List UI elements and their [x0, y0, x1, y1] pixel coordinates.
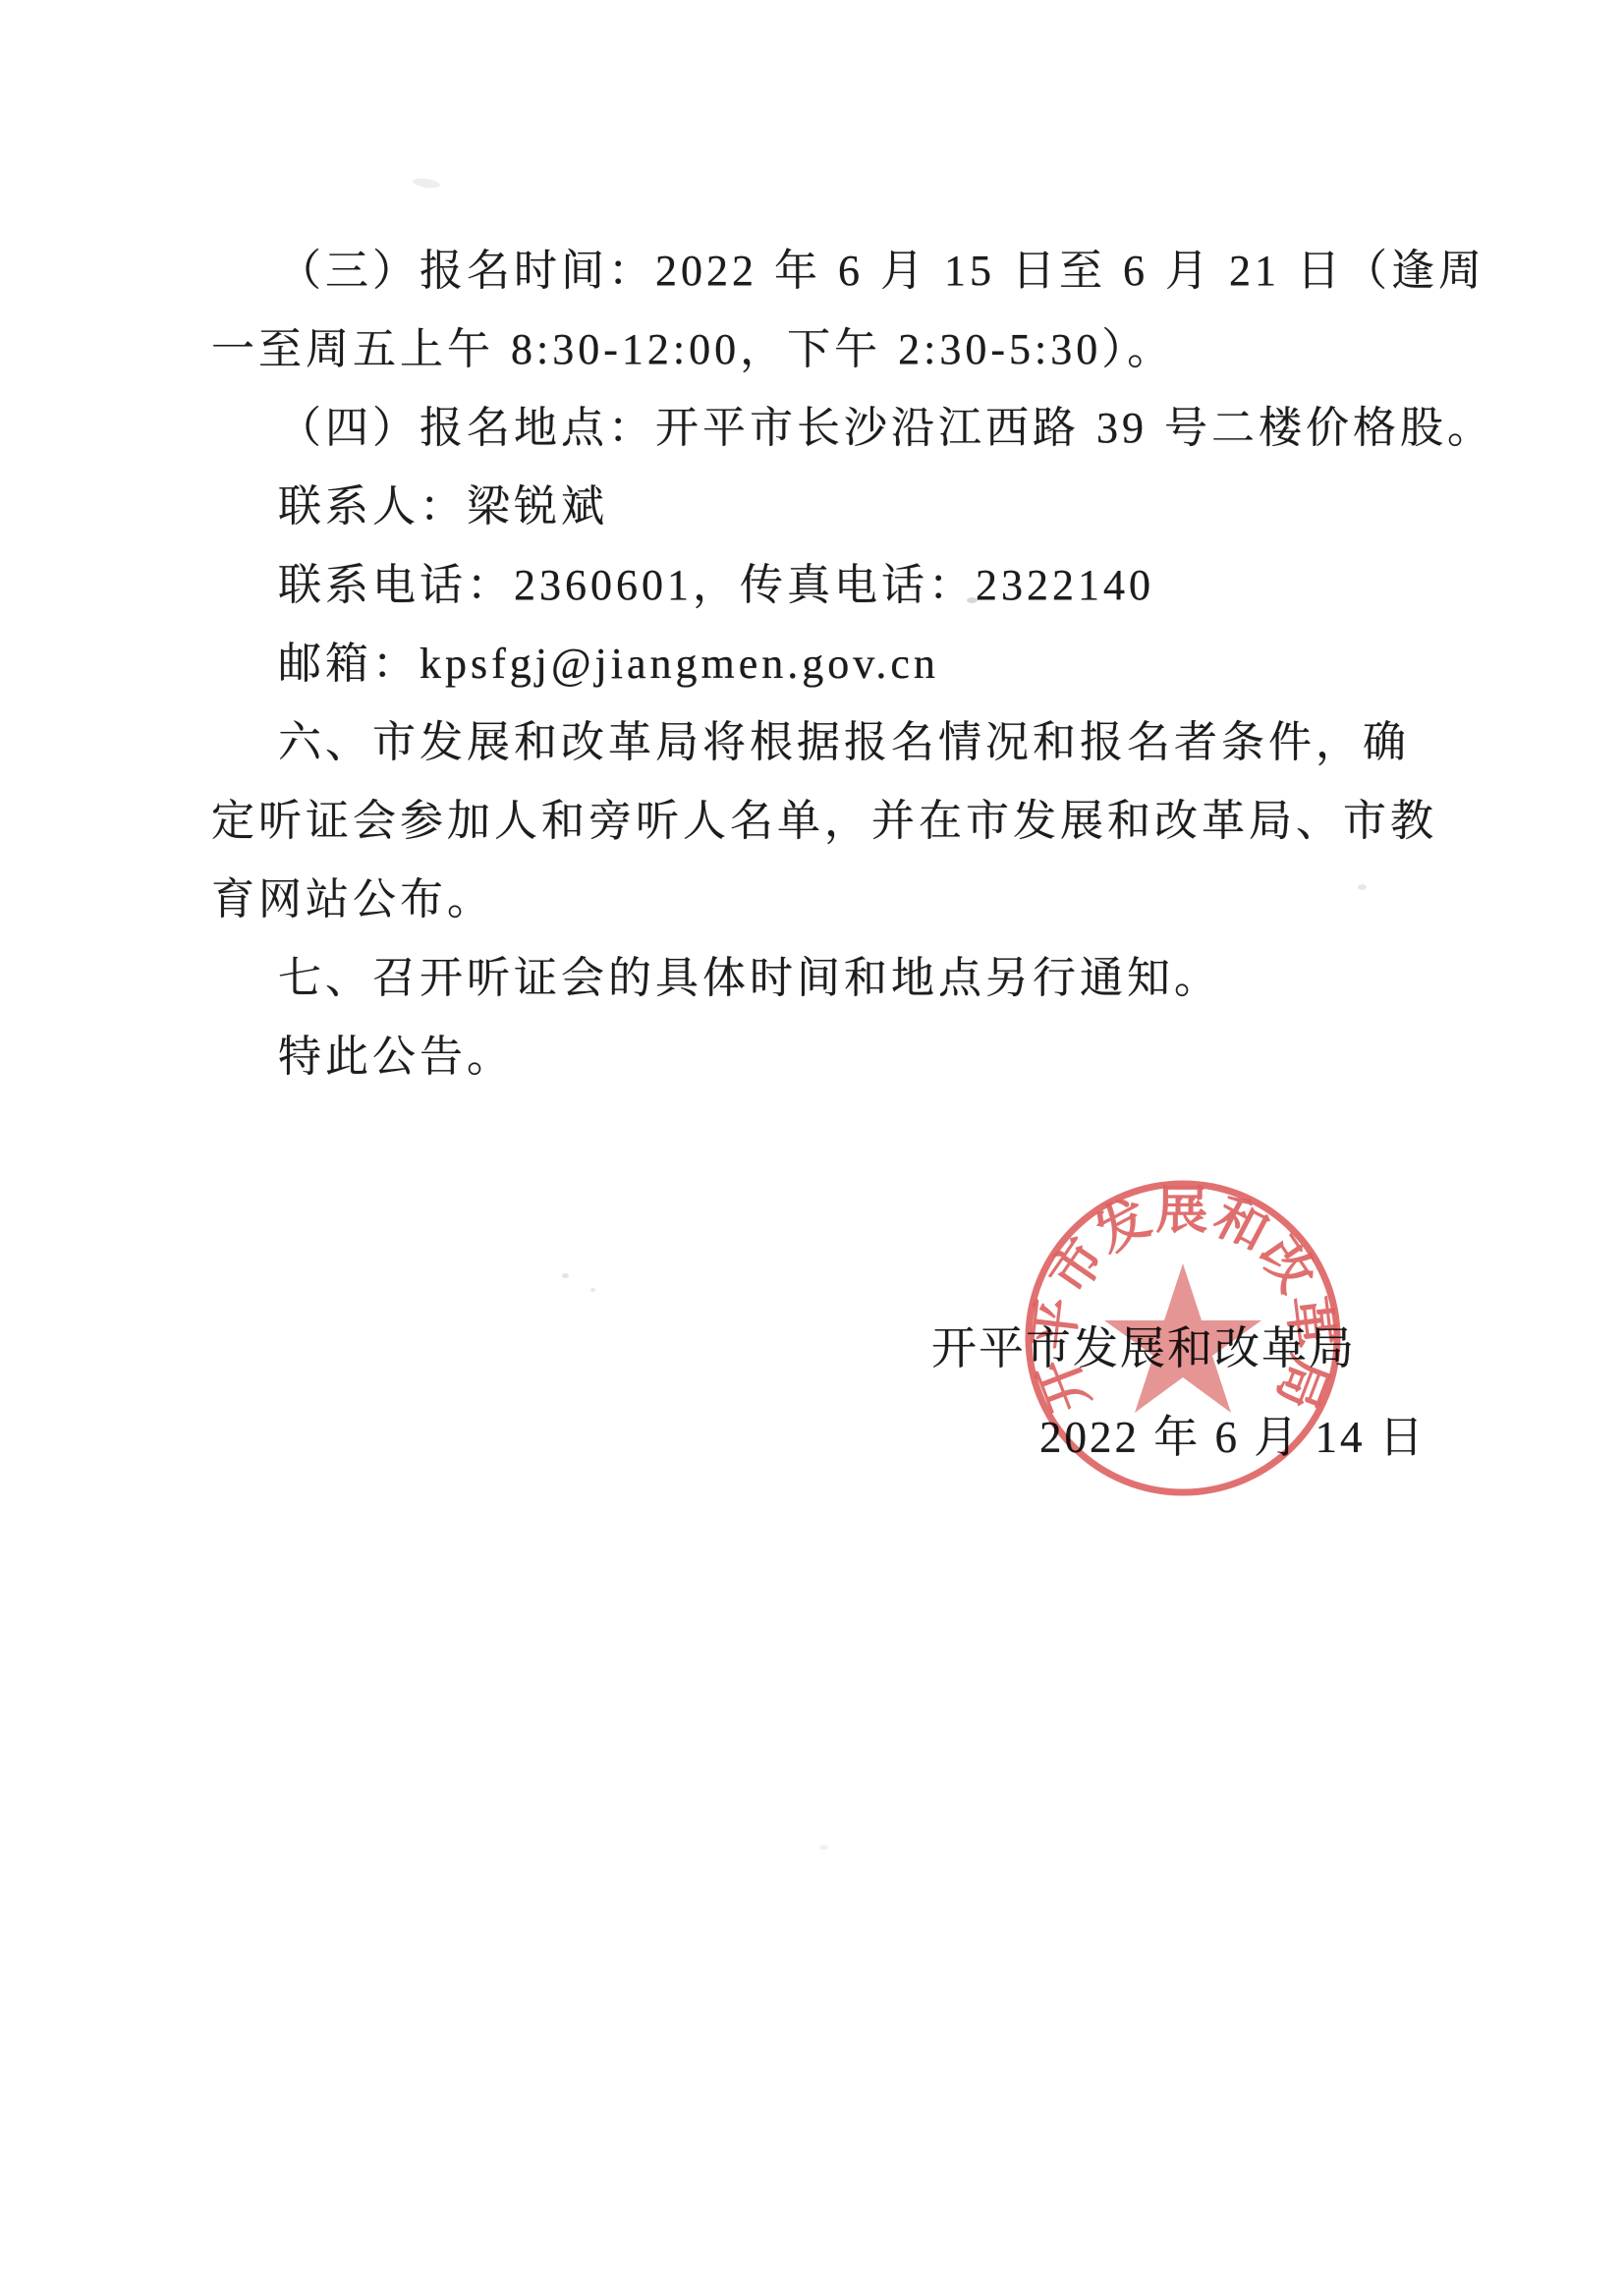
body-line: 七、召开听证会的具体时间和地点另行通知。 [211, 939, 1479, 1018]
body-line: 邮箱：kpsfgj@jiangmen.gov.cn [211, 625, 1479, 703]
document-body: （三）报名时间：2022 年 6 月 15 日至 6 月 21 日（逢周 一至周… [211, 232, 1479, 1096]
body-line: （三）报名时间：2022 年 6 月 15 日至 6 月 21 日（逢周 [211, 232, 1479, 310]
scan-speck [967, 597, 978, 603]
body-line: （四）报名地点：开平市长沙沿江西路 39 号二楼价格股。 [211, 389, 1479, 468]
body-line: 联系电话：2360601，传真电话：2322140 [211, 546, 1479, 625]
scan-speck [1358, 884, 1367, 890]
scan-speck [413, 177, 441, 190]
seal-star-icon [1104, 1263, 1261, 1413]
body-line: 定听证会参加人和旁听人名单，并在市发展和改革局、市教 [211, 782, 1479, 861]
scan-speck [562, 1273, 569, 1278]
scan-speck [590, 1288, 595, 1292]
body-line: 特此公告。 [211, 1018, 1479, 1096]
body-line: 育网站公布。 [211, 861, 1479, 939]
body-line: 一至周五上午 8:30-12:00，下午 2:30-5:30）。 [211, 310, 1479, 389]
scanned-document-page: （三）报名时间：2022 年 6 月 15 日至 6 月 21 日（逢周 一至周… [0, 0, 1624, 2295]
body-line: 联系人：梁锐斌 [211, 468, 1479, 546]
scan-speck [819, 1845, 828, 1850]
body-line: 六、市发展和改革局将根据报名情况和报名者条件，确 [211, 703, 1479, 782]
official-seal-stamp: 开平市发展和改革局 [1006, 1161, 1360, 1515]
